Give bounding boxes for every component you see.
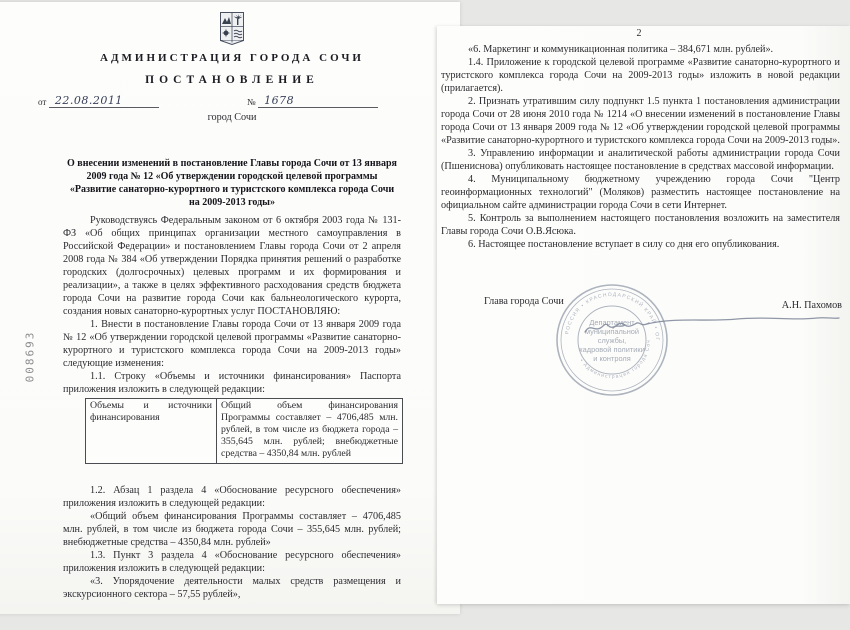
paragraph: 1.1. Строку «Объемы и источники финансир…	[63, 370, 401, 396]
number-underline: 1678	[258, 94, 378, 108]
body-section-1: Руководствуясь Федеральным законом от 6 …	[63, 214, 401, 396]
paragraph: 5. Контроль за выполнением настоящего по…	[441, 212, 840, 238]
body-section-2: 1.2. Абзац 1 раздела 4 «Обоснование ресу…	[63, 484, 401, 601]
date-label: от	[38, 97, 46, 107]
document-type-heading: ПОСТАНОВЛЕНИЕ	[63, 74, 401, 86]
paragraph: 1.2. Абзац 1 раздела 4 «Обоснование ресу…	[63, 484, 401, 510]
table-cell-label: Объемы и источники финансирования	[86, 399, 217, 463]
date-group: от 22.08.2011	[38, 94, 159, 108]
document-page-2: 2 «6. Маркетинг и коммуникационная полит…	[437, 26, 850, 604]
svg-text:кадровой политики: кадровой политики	[579, 345, 644, 354]
body-section: «6. Маркетинг и коммуникационная политик…	[441, 43, 840, 251]
registration-serial-number: 008693	[24, 315, 37, 399]
document-page-1: АДМИНИСТРАЦИЯ ГОРОДА СОЧИ ПОСТАНОВЛЕНИЕ …	[0, 2, 460, 614]
paragraph: 1.3. Пункт 3 раздела 4 «Обоснование ресу…	[63, 549, 401, 575]
table-cell-value: Общий объем финансирования Программы сос…	[217, 399, 402, 463]
date-underline: 22.08.2011	[49, 94, 159, 108]
title-line: «Развитие санаторно-курортного и туристс…	[55, 183, 409, 196]
number-label: №	[247, 97, 256, 107]
title-line: 2009 года № 12 «Об утверждении городской…	[55, 170, 409, 183]
financing-table: Объемы и источники финансирования Общий …	[85, 398, 403, 464]
date-value-handwritten: 22.08.2011	[55, 94, 123, 107]
document-title: О внесении изменений в постановление Гла…	[55, 157, 409, 209]
handwritten-signature	[577, 284, 847, 344]
number-group: № 1678	[247, 94, 378, 108]
paragraph: «6. Маркетинг и коммуникационная политик…	[441, 43, 840, 56]
paragraph: «Общий объем финансирования Программы со…	[63, 510, 401, 549]
paragraph: Руководствуясь Федеральным законом от 6 …	[63, 214, 401, 318]
page-number: 2	[437, 28, 841, 39]
organization-name: АДМИНИСТРАЦИЯ ГОРОДА СОЧИ	[63, 52, 401, 64]
paragraph: 3. Управлению информации и аналитической…	[441, 147, 840, 173]
date-number-row: от 22.08.2011 № 1678	[38, 94, 386, 112]
number-value-handwritten: 1678	[264, 94, 294, 107]
svg-text:и контроля: и контроля	[593, 354, 630, 363]
paragraph: 6. Настоящее постановление вступает в си…	[441, 238, 840, 251]
paragraph: 1. Внести в постановление Главы города С…	[63, 318, 401, 370]
city-line: город Сочи	[63, 112, 401, 123]
paragraph: 2. Признать утратившим силу подпункт 1.5…	[441, 95, 840, 147]
title-line: О внесении изменений в постановление Гла…	[55, 157, 409, 170]
paragraph: 4. Муниципальному бюджетному учреждению …	[441, 173, 840, 212]
title-line: на 2009-2013 годы»	[55, 196, 409, 209]
sochi-coat-of-arms-icon	[220, 12, 244, 45]
paragraph: 1.4. Приложение к городской целевой прог…	[441, 56, 840, 95]
paragraph: «3. Упорядочение деятельности малых сред…	[63, 575, 401, 601]
